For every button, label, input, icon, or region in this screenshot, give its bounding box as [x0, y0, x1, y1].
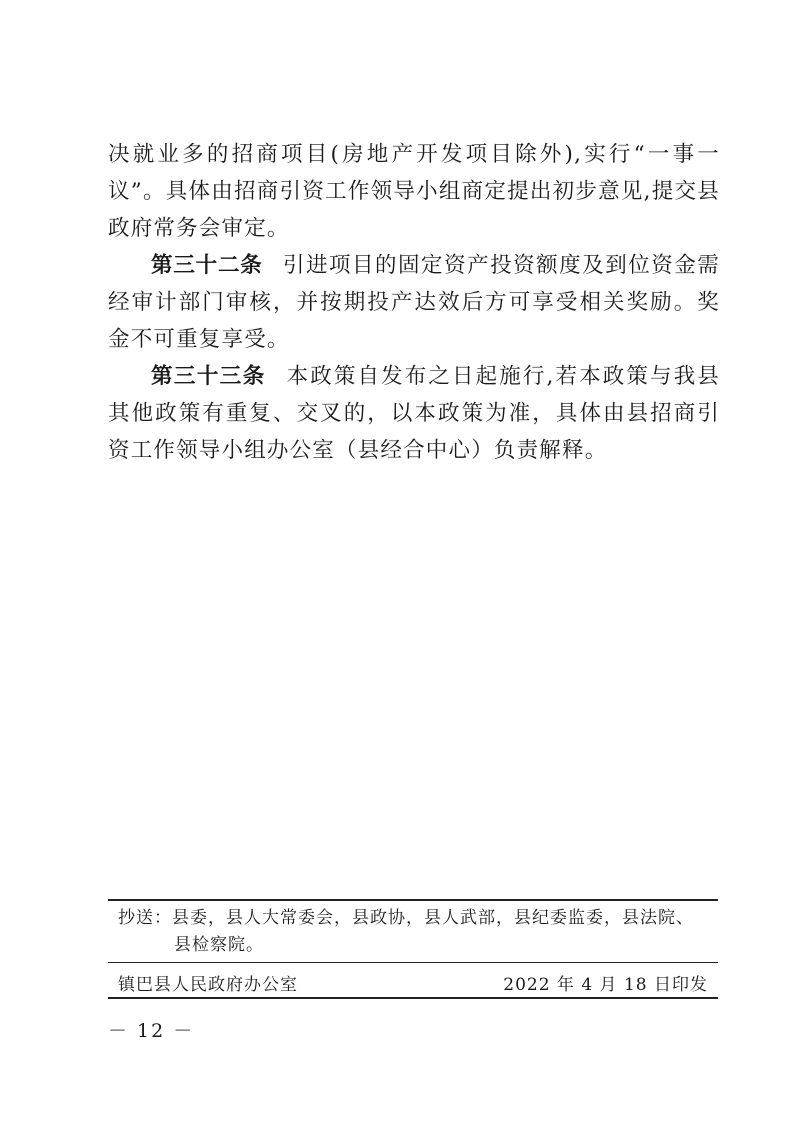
page-number: － 12 －	[108, 1016, 194, 1043]
document-body: 决就业多的招商项目(房地产开发项目除外),实行“一事一议”。具体由招商引资工作领…	[108, 136, 720, 469]
issuing-office: 镇巴县人民政府办公室	[118, 970, 298, 995]
paragraph-continuation: 决就业多的招商项目(房地产开发项目除外),实行“一事一议”。具体由招商引资工作领…	[108, 136, 720, 247]
cc-bottom-divider	[108, 962, 718, 963]
document-page: 决就业多的招商项目(房地产开发项目除外),实行“一事一议”。具体由招商引资工作领…	[0, 0, 793, 1122]
cc-label: 抄送：	[118, 908, 172, 928]
cc-top-divider	[108, 899, 718, 901]
footer-bottom-divider	[108, 997, 718, 999]
cc-recipients-line1: 县委，县人大常委会，县政协，县人武部，县纪委监委，县法院、	[172, 908, 694, 928]
article-33-heading: 第三十三条	[151, 364, 266, 389]
cc-block: 抄送：县委，县人大常委会，县政协，县人武部，县纪委监委，县法院、 县检察院。	[118, 905, 718, 959]
cc-recipients-line2: 县检察院。	[118, 932, 718, 959]
article-33: 第三十三条本政策自发布之日起施行,若本政策与我县其他政策有重复、交叉的，以本政策…	[108, 358, 720, 469]
article-32: 第三十二条引进项目的固定资产投资额度及到位资金需经审计部门审核，并按期投产达效后…	[108, 247, 720, 358]
print-date: 2022 年 4 月 18 日印发	[503, 970, 708, 995]
article-32-heading: 第三十二条	[151, 253, 263, 278]
